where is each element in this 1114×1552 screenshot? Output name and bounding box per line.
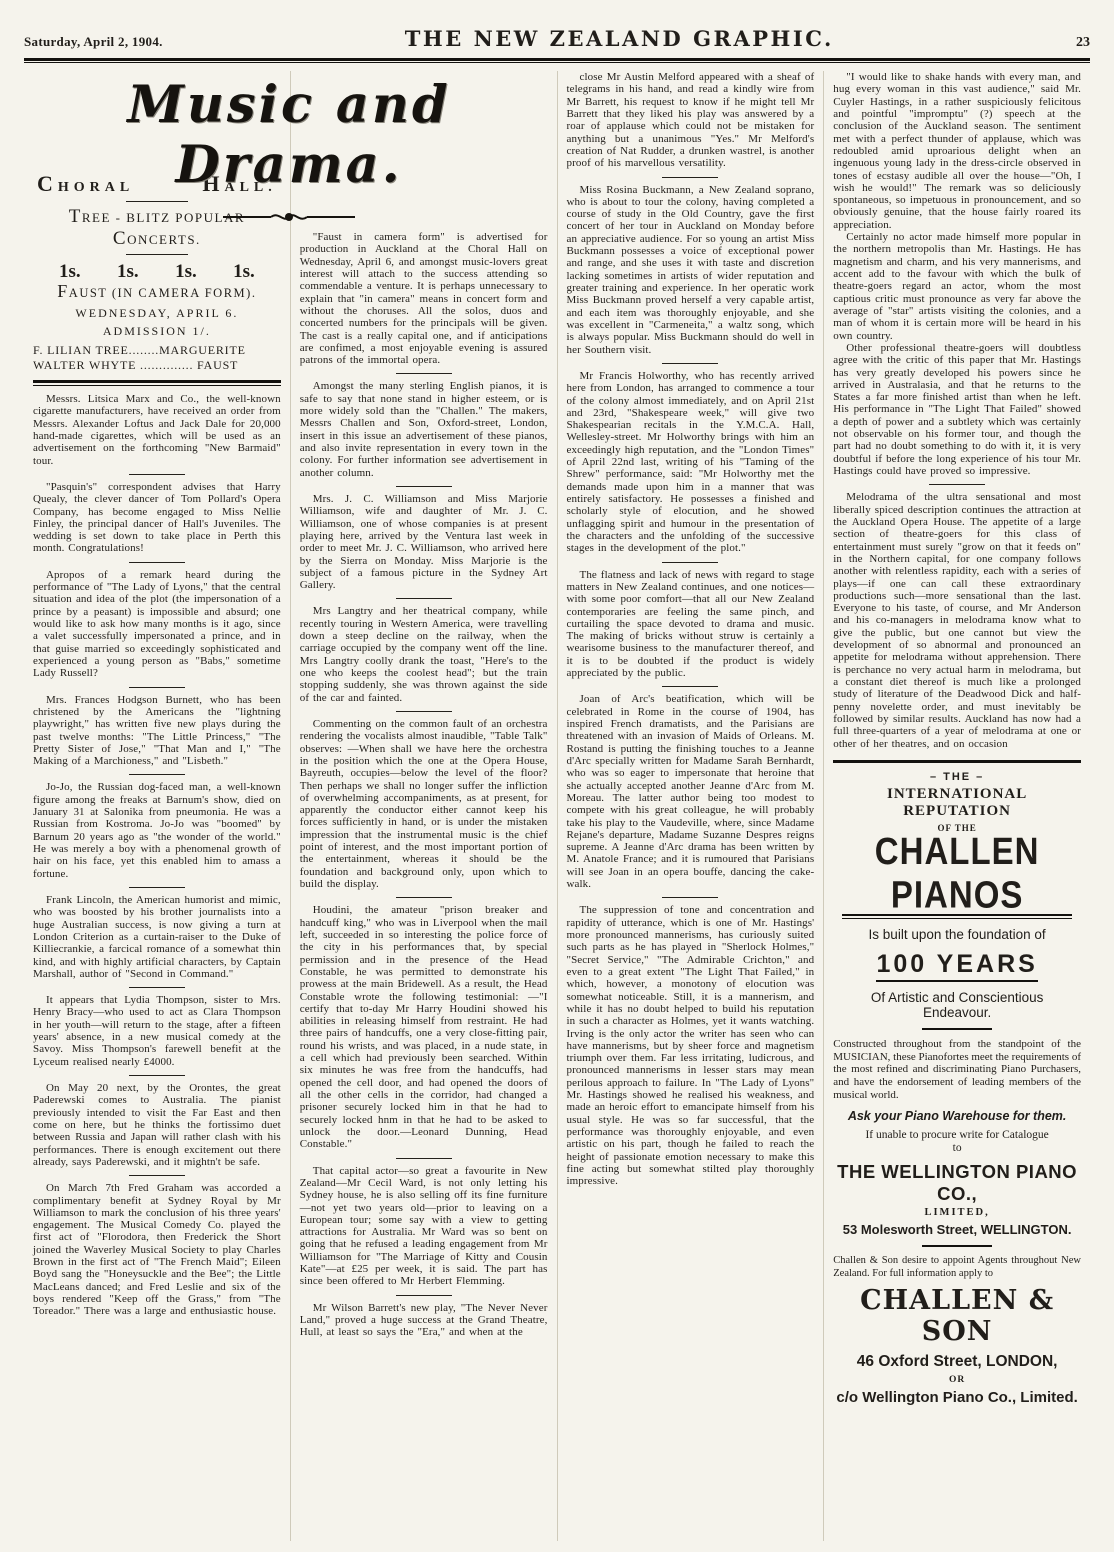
paragraph-separator — [396, 711, 452, 712]
ad-rule — [126, 254, 188, 255]
paragraph-separator — [129, 774, 185, 775]
ad-concerts-line: CONCERTS. — [33, 228, 281, 250]
paragraph: That capital actor—so great a favourite … — [300, 1165, 548, 1288]
paragraph-separator — [129, 562, 185, 563]
paragraph-separator — [396, 1158, 452, 1159]
ad-venue-left: CHORAL — [37, 171, 134, 197]
paragraph: Certainly no actor made himself more pop… — [833, 231, 1081, 342]
paragraph: Jo-Jo, the Russian dog-faced man, a well… — [33, 781, 281, 880]
ad-admission: ADMISSION 1/. — [33, 324, 281, 339]
paragraph-separator — [129, 474, 185, 475]
paragraph-separator — [396, 897, 452, 898]
ad-london-address: 46 Oxford Street, LONDON, — [833, 1353, 1081, 1371]
newspaper-page: Saturday, April 2, 1904. THE NEW ZEALAND… — [0, 0, 1114, 1552]
paragraph-separator — [129, 987, 185, 988]
ad-price: 1s. — [117, 261, 139, 283]
column-3: close Mr Austin Melford appeared with a … — [557, 71, 824, 1541]
paragraph: Amongst the many sterling English pianos… — [300, 380, 548, 479]
paragraph: "I would like to shake hands with every … — [833, 71, 1081, 231]
ad-rule — [922, 1245, 992, 1247]
paragraph-separator — [662, 686, 718, 687]
title-spacer — [33, 71, 281, 171]
paragraph-separator — [662, 177, 718, 178]
column-4-paragraphs-bottom: Melodrama of the ultra sensational and m… — [833, 491, 1081, 750]
paragraph-separator — [396, 486, 452, 487]
paragraph: Mrs Langtry and her theatrical company, … — [300, 605, 548, 704]
paragraph-separator — [662, 562, 718, 563]
paragraph: The suppression of tone and concentratio… — [567, 904, 815, 1187]
paragraph: Apropos of a remark heard during the per… — [33, 569, 281, 680]
paragraph: Mrs. Frances Hodgson Burnett, who has be… — [33, 694, 281, 768]
ad-price: 1s. — [233, 261, 255, 283]
ad-wellington-address: 53 Molesworth Street, WELLINGTON. — [833, 1222, 1081, 1237]
ad-rule — [126, 201, 188, 202]
paragraph: On March 7th Fred Graham was accorded a … — [33, 1182, 281, 1317]
paragraph: Frank Lincoln, the American humorist and… — [33, 894, 281, 980]
ad-price: 1s. — [59, 261, 81, 283]
paragraph-separator — [662, 897, 718, 898]
paragraph: "Pasquin's" correspondent advises that H… — [33, 481, 281, 555]
paragraph-separator — [129, 887, 185, 888]
column-3-paragraphs: close Mr Austin Melford appeared with a … — [567, 71, 815, 1188]
column-1-paragraphs: Messrs. Litsica Marx and Co., the well-k… — [33, 393, 281, 1318]
ad-cast-line: F. LILIAN TREE........MARGUERITE — [33, 343, 281, 358]
paragraph: Joan of Arc's beatification, which will … — [567, 693, 815, 890]
paragraph: close Mr Austin Melford appeared with a … — [567, 71, 815, 170]
paragraph: Melodrama of the ultra sensational and m… — [833, 491, 1081, 750]
ad-care-of-address: c/o Wellington Piano Co., Limited. — [833, 1389, 1081, 1406]
column-4-paragraphs-top: "I would like to shake hands with every … — [833, 71, 1081, 477]
paragraph: Commenting on the common fault of an orc… — [300, 718, 548, 890]
ad-show-title: FAUST (IN CAMERA FORM). — [33, 281, 281, 302]
ad-endeavour-line: Of Artistic and Conscientious Endeavour. — [851, 990, 1063, 1020]
ad-company-name: THE WELLINGTON PIANO CO., — [833, 1161, 1081, 1205]
ad-venue-right: HALL. — [202, 171, 276, 197]
masthead: Saturday, April 2, 1904. THE NEW ZEALAND… — [24, 26, 1090, 51]
paragraph-separator — [129, 1175, 185, 1176]
paragraph-separator — [662, 363, 718, 364]
paragraph-separator — [396, 373, 452, 374]
ad-prices: 1s.1s.1s.1s. — [33, 261, 281, 283]
page-content: Music and Drama. CHORAL HALL. TREE - BLI… — [24, 71, 1090, 1541]
paragraph: Miss Rosina Buckmann, a New Zealand sopr… — [567, 184, 815, 356]
paragraph-separator — [129, 687, 185, 688]
newspaper-title: THE NEW ZEALAND GRAPHIC. — [405, 26, 834, 51]
paragraph: The flatness and lack of news with regar… — [567, 569, 815, 680]
column-2-paragraphs: "Faust in camera form" is advertised for… — [300, 231, 548, 1339]
ad-show-date: WEDNESDAY, APRIL 6. — [33, 306, 281, 321]
ad-the-label: – THE – — [833, 771, 1081, 783]
paragraph: Mr Francis Holworthy, who has recently a… — [567, 370, 815, 555]
challen-pianos-ad: – THE – INTERNATIONAL REPUTATION OF THE … — [833, 760, 1081, 1407]
paragraph: On May 20 next, by the Orontes, the grea… — [33, 1082, 281, 1168]
ad-price: 1s. — [175, 261, 197, 283]
paragraph: It appears that Lydia Thompson, sister t… — [33, 994, 281, 1068]
paragraph: Mr Wilson Barrett's new play, "The Never… — [300, 1302, 548, 1339]
paragraph-separator — [396, 598, 452, 599]
ad-or-label: OR — [833, 1375, 1081, 1385]
section-divider — [33, 380, 281, 386]
ad-concerts-line: TREE - BLITZ POPULAR — [33, 206, 281, 228]
paragraph: Messrs. Litsica Marx and Co., the well-k… — [33, 393, 281, 467]
ad-built-line: Is built upon the foundation of — [833, 927, 1081, 942]
ad-cast-list: F. LILIAN TREE........MARGUERITEWALTER W… — [33, 343, 281, 373]
ad-ask-line: Ask your Piano Warehouse for them. — [833, 1109, 1081, 1123]
paragraph: "Faust in camera form" is advertised for… — [300, 231, 548, 366]
ad-headline: INTERNATIONAL REPUTATION — [833, 786, 1081, 820]
paragraph-separator — [129, 1075, 185, 1076]
paragraph: Other professional theatre-goers will do… — [833, 342, 1081, 477]
paragraph: Mrs. J. C. Williamson and Miss Marjorie … — [300, 493, 548, 592]
ad-procure-line: If unable to procure write for Catalogue… — [861, 1129, 1053, 1157]
ad-limited-label: LIMITED, — [833, 1207, 1081, 1218]
column-4: "I would like to shake hands with every … — [823, 71, 1090, 1541]
column-2: "Faust in camera form" is advertised for… — [290, 71, 557, 1541]
page-number: 23 — [1076, 35, 1090, 51]
choral-hall-ad: CHORAL HALL. TREE - BLITZ POPULAR CONCER… — [33, 171, 281, 373]
ad-body-text: Constructed throughout from the standpoi… — [833, 1038, 1081, 1102]
ad-rule — [922, 1028, 992, 1030]
ad-years: 100 YEARS — [876, 950, 1037, 982]
ad-brand-name: CHALLEN PIANOS — [833, 829, 1081, 916]
masthead-rule — [24, 58, 1090, 63]
ad-maker-name: CHALLEN & SON — [833, 1285, 1081, 1347]
paragraph-separator — [929, 484, 985, 485]
issue-date: Saturday, April 2, 1904. — [24, 34, 163, 50]
ad-agents-text: Challen & Son desire to appoint Agents t… — [833, 1255, 1081, 1280]
column-1: CHORAL HALL. TREE - BLITZ POPULAR CONCER… — [24, 71, 290, 1541]
title-spacer — [300, 71, 548, 231]
paragraph-separator — [396, 1295, 452, 1296]
ad-cast-line: WALTER WHYTE .............. FAUST — [33, 358, 281, 373]
ad-venue-row: CHORAL HALL. — [33, 171, 281, 197]
paragraph: Houdini, the amateur "prison breaker and… — [300, 904, 548, 1150]
